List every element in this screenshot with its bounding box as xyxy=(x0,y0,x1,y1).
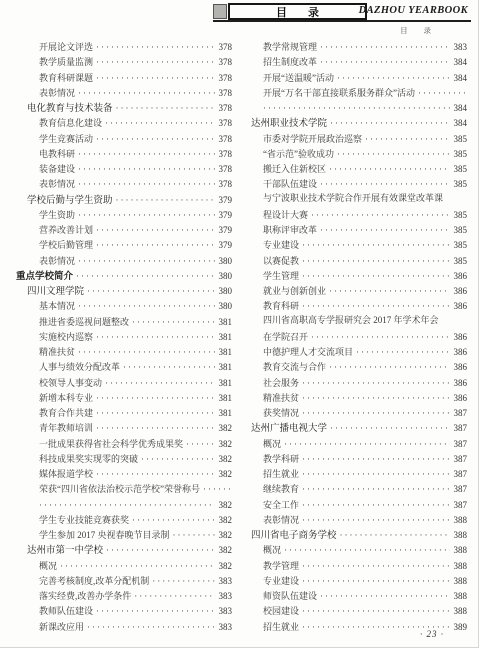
toc-entry-title: 招生就业 xyxy=(263,620,302,633)
dot-leader xyxy=(302,572,449,587)
running-head: 目 录 xyxy=(393,25,438,36)
toc-entry: 教学常规管理383 xyxy=(240,38,467,53)
toc-entry: 概况387 xyxy=(240,435,467,450)
toc-entry-title: 社会服务 xyxy=(263,376,302,389)
toc-entry-page: 382 xyxy=(215,543,233,556)
toc-entry-page: 388 xyxy=(450,513,468,526)
toc-entry-page: 381 xyxy=(215,360,233,373)
toc-entry-title: 教育信息化建设 xyxy=(39,116,105,129)
dot-leader xyxy=(263,99,450,114)
toc-entry-title: 开展论文评选 xyxy=(39,40,96,53)
dot-leader xyxy=(418,84,467,99)
dot-leader xyxy=(87,282,214,297)
dot-leader xyxy=(302,297,449,312)
toc-entry: 精准扶贫386 xyxy=(240,389,467,404)
toc-entry: 程设计大赛385 xyxy=(240,206,467,221)
dot-leader xyxy=(302,236,449,251)
toc-entry: 继续教育387 xyxy=(240,480,467,495)
toc-entry-page: 387 xyxy=(450,482,468,495)
toc-entry-title: 表彰情况 xyxy=(263,513,302,526)
toc-entry-title: 达州市第一中学校 xyxy=(27,544,106,556)
dot-leader xyxy=(320,38,449,53)
toc-entry: 搬迁入住新校区385 xyxy=(240,160,467,175)
toc-entry-page: 386 xyxy=(450,391,468,404)
toc-entry-title: 教学常规管理 xyxy=(263,40,320,53)
toc-entry-page: 386 xyxy=(450,299,468,312)
toc-entry-page: 379 xyxy=(215,238,233,251)
toc-entry: 师资队伍建设388 xyxy=(240,587,467,602)
toc-entry-page: 384 xyxy=(450,71,468,84)
toc-entry-title: 教育合作共建 xyxy=(39,406,96,419)
toc-entry-page: 386 xyxy=(450,284,468,297)
toc-entry-title: 学生管理 xyxy=(263,269,302,282)
toc-entry-page: 383 xyxy=(215,620,233,633)
toc-entry-page: 386 xyxy=(450,360,468,373)
toc-entry-title: 电化教育与技术装备 xyxy=(27,102,116,114)
toc-entry-page: 378 xyxy=(215,162,233,175)
toc-entry: 基本情况380 xyxy=(16,297,232,312)
dot-leader xyxy=(302,252,449,267)
toc-entry-title: 教师队伍建设 xyxy=(39,604,96,617)
dot-leader xyxy=(78,175,214,190)
toc-entry-title: 基本情况 xyxy=(39,299,78,312)
dot-leader xyxy=(302,496,449,511)
toc-entry-title: 校领导人事变动 xyxy=(39,376,105,389)
toc-entry-page: 381 xyxy=(215,376,233,389)
toc-entry-title: 表彰情况 xyxy=(39,86,78,99)
dot-leader xyxy=(365,130,449,145)
dot-leader xyxy=(96,236,214,251)
dot-leader xyxy=(96,389,214,404)
toc-entry: 教育交流与合作386 xyxy=(240,358,467,373)
dot-leader xyxy=(116,99,215,114)
toc-entry-title: 青年教师培训 xyxy=(39,421,96,434)
dot-leader xyxy=(78,343,214,358)
toc-entry-title: 完善考核制度,改革分配机制 xyxy=(39,574,152,587)
toc-entry: 学生专业技能竞赛获奖382 xyxy=(16,511,232,526)
dot-leader xyxy=(96,404,214,419)
toc-entry-title: 概况 xyxy=(263,437,284,450)
toc-entry-title: 重点学校简介 xyxy=(16,269,76,282)
toc-entry-page: 382 xyxy=(215,513,233,526)
toc-entry-page: 380 xyxy=(215,299,233,312)
toc-entry: 精准扶贫381 xyxy=(16,343,232,358)
toc-entry-page: 382 xyxy=(215,528,233,541)
toc-entry-page: 385 xyxy=(450,177,468,190)
toc-entry: 青年教师培训382 xyxy=(16,419,232,434)
toc-entry-title: 获奖情况 xyxy=(263,406,302,419)
toc-entry-title: 学生专业技能竞赛获奖 xyxy=(39,513,132,526)
toc-entry: 中德护理人才交流项目386 xyxy=(240,343,467,358)
toc-entry: 干部队伍建设385 xyxy=(240,175,467,190)
toc-entry: 完善考核制度,改革分配机制383 xyxy=(16,572,232,587)
toc-entry: 表彰情况378 xyxy=(16,175,232,190)
toc-entry-title: 实施校内巡察 xyxy=(39,330,96,343)
toc-entry-page: 387 xyxy=(450,437,468,450)
dot-leader xyxy=(76,267,214,282)
dot-leader xyxy=(302,404,449,419)
toc-entry-page: 378 xyxy=(215,55,233,68)
toc-entry: 社会服务386 xyxy=(240,374,467,389)
toc-entry-page: 387 xyxy=(450,498,468,511)
toc-entry-page: 388 xyxy=(450,574,468,587)
toc-entry: 市委对学院开展政治巡察385 xyxy=(240,130,467,145)
toc-entry-page: 383 xyxy=(450,40,468,53)
toc-entry-title: 教学管理 xyxy=(263,559,302,572)
toc-entry-page: 382 xyxy=(215,498,233,511)
toc-subsection-heading: 电化教育与技术装备378 xyxy=(16,99,232,114)
toc-entry: 教育科研386 xyxy=(240,297,467,312)
toc-entry: 开展“万名干部直接联系服务群众”活动 xyxy=(240,84,467,99)
toc-entry: 一批成果获得省社会科学优秀成果奖382 xyxy=(16,435,232,450)
toc-entry-page: 382 xyxy=(215,559,233,572)
toc-entry: 学生资助379 xyxy=(16,206,232,221)
toc-entry: 开展“送温暖”活动384 xyxy=(240,69,467,84)
toc-entry-page: 380 xyxy=(215,284,233,297)
toc-entry-page: 378 xyxy=(215,40,233,53)
toc-entry-page: 381 xyxy=(215,391,233,404)
toc-entry-title: 学生参加 2017 央视春晚节目录制 xyxy=(39,528,173,541)
toc-entry-title: 教学质量监测 xyxy=(39,55,96,68)
toc-entry-title: 职称评审改革 xyxy=(263,223,320,236)
toc-entry-page: 385 xyxy=(450,238,468,251)
toc-entry-title: 市委对学院开展政治巡察 xyxy=(263,132,365,145)
toc-entry-page: 386 xyxy=(450,269,468,282)
dot-leader xyxy=(132,511,214,526)
toc-entry: 教学科研387 xyxy=(240,450,467,465)
toc-entry-page: 387 xyxy=(450,406,468,419)
dot-leader xyxy=(78,145,214,160)
toc-entry-title: 新增本科专业 xyxy=(39,391,96,404)
dot-leader xyxy=(302,557,449,572)
dot-leader xyxy=(60,557,214,572)
toc-entry-title: “省示范”验收成功 xyxy=(263,147,337,160)
toc-entry: 专业建设388 xyxy=(240,572,467,587)
dot-leader xyxy=(320,53,449,68)
toc-entry: 开展论文评选378 xyxy=(16,38,232,53)
dot-leader xyxy=(320,221,449,236)
toc-entry-title: 学生资助 xyxy=(39,208,78,221)
toc-entry-title: 就业与创新创业 xyxy=(263,284,329,297)
yearbook-title: DAZHOU YEARBOOK xyxy=(359,5,468,16)
toc-entry: 四川省高职高专学报研究会 2017 年学术年会 xyxy=(240,313,467,328)
toc-subsection-heading: 四川文理学院380 xyxy=(16,282,232,297)
toc-entry-page: 382 xyxy=(215,421,233,434)
dot-leader xyxy=(329,358,449,373)
toc-entry-title: 表彰情况 xyxy=(39,254,78,267)
toc-entry-title: 四川文理学院 xyxy=(27,285,87,297)
toc-entry: 教育科研课题378 xyxy=(16,69,232,84)
toc-entry-page: 382 xyxy=(215,452,233,465)
toc-entry-page: 378 xyxy=(215,116,233,129)
dot-leader xyxy=(96,69,214,84)
toc-entry-title: 以赛促教 xyxy=(263,254,302,267)
toc-entry-page: 388 xyxy=(450,604,468,617)
toc-entry-title: 开展“万名干部直接联系服务群众”活动 xyxy=(263,86,418,99)
toc-entry: 以赛促教385 xyxy=(240,252,467,267)
dot-leader xyxy=(337,69,450,84)
toc-entry-page: 380 xyxy=(215,269,233,282)
toc-entry-title: 四川省高职高专学报研究会 2017 年学术年会 xyxy=(263,313,442,328)
toc-entry: 电教科研378 xyxy=(16,145,232,160)
toc-entry-title: 干部队伍建设 xyxy=(263,177,320,190)
toc-entry-title: 校园建设 xyxy=(263,604,302,617)
toc-entry-title: 教育交流与合作 xyxy=(263,360,329,373)
toc-entry: 与宁波职业技术学院合作开展有效课堂改革课 xyxy=(240,191,467,206)
dot-leader xyxy=(173,526,215,541)
toc-entry-page: 378 xyxy=(215,101,233,114)
dot-leader xyxy=(78,84,214,99)
toc-entry-page: 386 xyxy=(450,376,468,389)
toc-entry: 在学院召开386 xyxy=(240,328,467,343)
toc-entry-page: 378 xyxy=(215,177,233,190)
toc-entry-title: 专业建设 xyxy=(263,238,302,251)
toc-subsection-heading: 达州广播电视大学387 xyxy=(240,419,467,434)
toc-entry-title: 科技成果奖实现零的突破 xyxy=(39,452,141,465)
dot-leader xyxy=(302,511,449,526)
toc-entry: “省示范”验收成功385 xyxy=(240,145,467,160)
dot-leader xyxy=(78,297,214,312)
toc-entry-title: 搬迁入住新校区 xyxy=(263,162,329,175)
dot-leader xyxy=(302,602,449,617)
toc-entry-page: 380 xyxy=(215,254,233,267)
toc-entry-title: 推进省委巡视问题整改 xyxy=(39,315,132,328)
toc-entry-page: 386 xyxy=(450,345,468,358)
dot-leader xyxy=(302,389,449,404)
toc-entry-page: 385 xyxy=(450,147,468,160)
toc-entry-title: 营养改善计划 xyxy=(39,223,96,236)
dot-leader xyxy=(330,114,449,129)
toc-entry-title: 新课改应用 xyxy=(39,620,87,633)
toc-entry: 教学质量监测378 xyxy=(16,53,232,68)
toc-entry-page: 385 xyxy=(450,132,468,145)
toc-entry: 实施校内巡察381 xyxy=(16,328,232,343)
toc-entry-title: 在学院召开 xyxy=(263,330,311,343)
toc-entry-title: 精准扶贫 xyxy=(39,345,78,358)
dot-leader xyxy=(329,282,449,297)
toc-entry: 职称评审改革385 xyxy=(240,221,467,236)
toc-entry-page: 388 xyxy=(450,559,468,572)
dot-leader xyxy=(203,480,232,495)
toc-subsection-heading: 达州市第一中学校382 xyxy=(16,541,232,556)
toc-entry: 落实经费,改善办学条件383 xyxy=(16,587,232,602)
toc-entry-title: 专业建设 xyxy=(263,574,302,587)
toc-entry-title: 师资队伍建设 xyxy=(263,589,320,602)
toc-entry-title: 继续教育 xyxy=(263,482,302,495)
dot-leader xyxy=(96,419,214,434)
toc-entry-title: 中德护理人才交流项目 xyxy=(263,345,356,358)
header-corner-square xyxy=(213,4,227,19)
toc-entry-page: 384 xyxy=(450,116,468,129)
toc-entry: 教师队伍建设383 xyxy=(16,602,232,617)
toc-entry-title: 程设计大赛 xyxy=(263,208,311,221)
toc-section-heading: 重点学校简介380 xyxy=(16,267,232,282)
toc-entry: 获奖情况387 xyxy=(240,404,467,419)
toc-entry: 荣获“四川省依法治校示范学校”荣誉称号 xyxy=(16,480,232,495)
toc-entry: 概况388 xyxy=(240,541,467,556)
dot-leader xyxy=(302,450,449,465)
toc-entry-page: 379 xyxy=(215,208,233,221)
dot-leader xyxy=(96,465,214,480)
toc-entry-page: 381 xyxy=(215,345,233,358)
dot-leader xyxy=(186,435,214,450)
toc-entry-page: 383 xyxy=(215,589,233,602)
toc-entry-title: 教学科研 xyxy=(263,452,302,465)
toc-entry-title: 媒体报道学校 xyxy=(39,467,96,480)
toc-entry-title: 四川省电子商务学校 xyxy=(251,529,340,541)
toc-entry-title: 落实经费,改善办学条件 xyxy=(39,589,134,602)
dot-leader xyxy=(141,450,214,465)
toc-entry-page: 378 xyxy=(215,71,233,84)
toc-entry: 校领导人事变动381 xyxy=(16,374,232,389)
dot-leader xyxy=(96,221,214,236)
toc-entry-page: 385 xyxy=(450,208,468,221)
toc-entry: 新增本科专业381 xyxy=(16,389,232,404)
toc-entry-page: 389 xyxy=(450,620,468,633)
dot-leader xyxy=(311,206,449,221)
toc-entry-title: 达州广播电视大学 xyxy=(251,422,330,434)
toc-entry: 就业与创新创业386 xyxy=(240,282,467,297)
toc-entry-page: 384 xyxy=(450,101,468,114)
yearbook-toc-page: 目 录 DAZHOU YEARBOOK 目 录 开展论文评选378教学质量监测3… xyxy=(0,0,479,648)
toc-entry-page: 381 xyxy=(215,406,233,419)
toc-entry: 校园建设388 xyxy=(240,602,467,617)
toc-entry-title: 招生就业 xyxy=(263,467,302,480)
toc-entry-title: 教育科研 xyxy=(263,299,302,312)
dot-leader xyxy=(105,374,214,389)
dot-leader xyxy=(96,38,214,53)
toc-entry-title: 一批成果获得省社会科学优秀成果奖 xyxy=(39,437,186,450)
dot-leader xyxy=(123,358,214,373)
toc-entry-page: 378 xyxy=(215,147,233,160)
dot-leader xyxy=(105,114,214,129)
toc-entry-title: 与宁波职业技术学院合作开展有效课堂改革课 xyxy=(263,191,446,206)
toc-subsection-heading: 四川省电子商务学校388 xyxy=(240,526,467,541)
toc-entry-title: 达州职业技术学院 xyxy=(251,117,330,129)
dot-leader xyxy=(87,618,214,633)
toc-entry-title: 表彰情况 xyxy=(39,177,78,190)
toc-entry-title: 教育科研课题 xyxy=(39,71,96,84)
toc-entry-title: 荣获“四川省依法治校示范学校”荣誉称号 xyxy=(39,482,203,495)
toc-entry: 382 xyxy=(16,496,232,511)
toc-entry-title: 学校后勤管理 xyxy=(39,238,96,251)
toc-entry: 学生参加 2017 央视春晚节目录制382 xyxy=(16,526,232,541)
toc-entry: 教育合作共建381 xyxy=(16,404,232,419)
toc-entry: 学生管理386 xyxy=(240,267,467,282)
dot-leader xyxy=(132,313,214,328)
toc-subsection-heading: 达州职业技术学院384 xyxy=(240,114,467,129)
dot-leader xyxy=(356,343,449,358)
header-rule xyxy=(213,20,471,22)
toc-entry-page: 381 xyxy=(215,330,233,343)
toc-entry: 教学管理388 xyxy=(240,557,467,572)
dot-leader xyxy=(302,374,449,389)
toc-entry: 教育信息化建设378 xyxy=(16,114,232,129)
toc-entry-page: 387 xyxy=(450,421,468,434)
toc-entry-page: 382 xyxy=(215,467,233,480)
toc-entry-title: 精准扶贫 xyxy=(263,391,302,404)
toc-entry-page: 388 xyxy=(450,589,468,602)
toc-entry-page: 385 xyxy=(450,223,468,236)
toc-entry: 营养改善计划379 xyxy=(16,221,232,236)
dot-leader xyxy=(152,572,214,587)
toc-entry-page: 379 xyxy=(215,223,233,236)
toc-entry-title: 装备建设 xyxy=(39,162,78,175)
dot-leader xyxy=(311,328,449,343)
toc-entry: 专业建设385 xyxy=(240,236,467,251)
toc-entry-page: 383 xyxy=(215,574,233,587)
toc-subsection-heading: 学校后勤与学生资助379 xyxy=(16,191,232,206)
toc-entry-page: 378 xyxy=(215,132,233,145)
toc-entry-page: 379 xyxy=(215,193,233,206)
toc-column-right: 教学常规管理383招生制度改革384开展“送温暖”活动384开展“万名干部直接联… xyxy=(240,38,467,633)
dot-leader xyxy=(134,587,214,602)
toc-entry-page: 381 xyxy=(215,315,233,328)
toc-entry: 推进省委巡视问题整改381 xyxy=(16,313,232,328)
toc-entry-page: 382 xyxy=(215,437,233,450)
toc-entry-title: 招生制度改革 xyxy=(263,55,320,68)
toc-entry-title: 概况 xyxy=(263,543,284,556)
toc-entry-title: 学校后勤与学生资助 xyxy=(27,194,116,206)
toc-entry-title: 学生竞赛活动 xyxy=(39,132,96,145)
dot-leader xyxy=(320,587,449,602)
dot-leader xyxy=(78,206,214,221)
dot-leader xyxy=(78,160,214,175)
toc-entry-title: 安全工作 xyxy=(263,498,302,511)
dot-leader xyxy=(320,175,449,190)
toc-entry-page: 378 xyxy=(215,86,233,99)
dot-leader xyxy=(330,419,449,434)
toc-title: 目 录 xyxy=(267,4,328,20)
toc-entry-page: 383 xyxy=(215,604,233,617)
toc-entry-title: 概况 xyxy=(39,559,60,572)
dot-leader xyxy=(284,541,449,556)
toc-entry: 科技成果奖实现零的突破382 xyxy=(16,450,232,465)
toc-entry: 表彰情况380 xyxy=(16,252,232,267)
toc-entry: 新课改应用383 xyxy=(16,618,232,633)
toc-entry: 384 xyxy=(240,99,467,114)
dot-leader xyxy=(302,480,449,495)
toc-entry: 媒体报道学校382 xyxy=(16,465,232,480)
toc-entry-title: 人事与绩效分配改革 xyxy=(39,360,123,373)
dot-leader xyxy=(96,130,214,145)
page-number: · 23 · xyxy=(420,629,444,639)
dot-leader xyxy=(39,496,215,511)
toc-entry: 人事与绩效分配改革381 xyxy=(16,358,232,373)
dot-leader xyxy=(329,160,449,175)
dot-leader xyxy=(284,435,449,450)
toc-title-box: 目 录 xyxy=(228,3,367,20)
dot-leader xyxy=(116,191,215,206)
toc-entry: 概况382 xyxy=(16,557,232,572)
dot-leader xyxy=(302,267,449,282)
dot-leader xyxy=(106,541,214,556)
toc-entry-page: 384 xyxy=(450,55,468,68)
toc-entry: 学校后勤管理379 xyxy=(16,236,232,251)
dot-leader xyxy=(78,252,214,267)
toc-entry: 招生制度改革384 xyxy=(240,53,467,68)
dot-leader xyxy=(96,328,214,343)
toc-column-left: 开展论文评选378教学质量监测378教育科研课题378表彰情况378电化教育与技… xyxy=(16,38,232,633)
toc-entry-title: 电教科研 xyxy=(39,147,78,160)
toc-entry-page: 386 xyxy=(450,330,468,343)
toc-entry: 表彰情况388 xyxy=(240,511,467,526)
toc-entry-page: 385 xyxy=(450,254,468,267)
toc-entry-page: 387 xyxy=(450,452,468,465)
toc-entry-page: 388 xyxy=(450,543,468,556)
dot-leader xyxy=(96,53,214,68)
toc-entry: 招生就业387 xyxy=(240,465,467,480)
